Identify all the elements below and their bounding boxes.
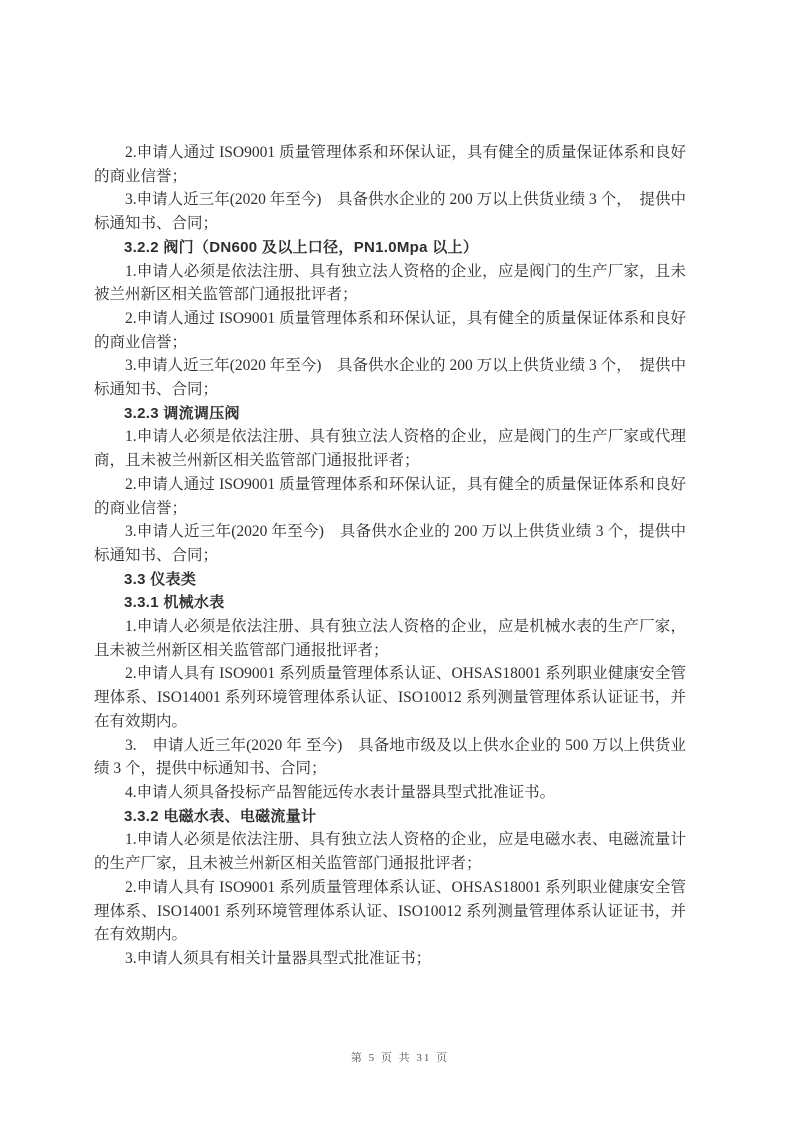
section-heading-3-2-2: 3.2.2 阀门（DN600 及以上口径，PN1.0Mpa 以上）	[94, 236, 686, 260]
section-heading-3-3: 3.3 仪表类	[94, 568, 686, 592]
paragraph-continuation-item-3: 3.申请人近三年(2020 年至今) 具备供水企业的 200 万以上供货业绩 3…	[94, 188, 686, 235]
paragraph-3-2-3-item-3: 3.申请人近三年(2020 年至今) 具备供水企业的 200 万以上供货业绩 3…	[94, 520, 686, 567]
paragraph-3-3-2-item-3: 3.申请人须具有相关计量器具型式批准证书；	[94, 947, 686, 971]
paragraph-3-3-1-item-4: 4.申请人须具备投标产品智能远传水表计量器具型式批准证书。	[94, 781, 686, 805]
paragraph-3-3-1-item-2: 2.申请人具有 ISO9001 系列质量管理体系认证、OHSAS18001 系列…	[94, 662, 686, 733]
paragraph-3-3-1-item-3: 3. 申请人近三年(2020 年 至今) 具备地市级及以上供水企业的 500 万…	[94, 734, 686, 781]
page-number-footer: 第 5 页 共 31 页	[0, 1049, 800, 1065]
paragraph-3-2-3-item-1: 1.申请人必须是依法注册、具有独立法人资格的企业，应是阀门的生产厂家或代理商，且…	[94, 425, 686, 472]
paragraph-3-3-2-item-2: 2.申请人具有 ISO9001 系列质量管理体系认证、OHSAS18001 系列…	[94, 876, 686, 947]
section-heading-3-3-2: 3.3.2 电磁水表、电磁流量计	[94, 805, 686, 829]
document-page: 2.申请人通过 ISO9001 质量管理体系和环保认证，具有健全的质量保证体系和…	[0, 0, 800, 1132]
paragraph-3-3-1-item-1: 1.申请人必须是依法注册、具有独立法人资格的企业，应是机械水表的生产厂家，且未被…	[94, 615, 686, 662]
paragraph-3-2-2-item-1: 1.申请人必须是依法注册、具有独立法人资格的企业，应是阀门的生产厂家，且未被兰州…	[94, 260, 686, 307]
paragraph-continuation-item-2: 2.申请人通过 ISO9001 质量管理体系和环保认证，具有健全的质量保证体系和…	[94, 141, 686, 188]
paragraph-3-3-2-item-1: 1.申请人必须是依法注册、具有独立法人资格的企业，应是电磁水表、电磁流量计的生产…	[94, 828, 686, 875]
section-heading-3-2-3: 3.2.3 调流调压阀	[94, 402, 686, 426]
paragraph-3-2-2-item-3: 3.申请人近三年(2020 年至今) 具备供水企业的 200 万以上供货业绩 3…	[94, 354, 686, 401]
document-body: 2.申请人通过 ISO9001 质量管理体系和环保认证，具有健全的质量保证体系和…	[94, 141, 686, 971]
paragraph-3-2-3-item-2: 2.申请人通过 ISO9001 质量管理体系和环保认证，具有健全的质量保证体系和…	[94, 473, 686, 520]
paragraph-3-2-2-item-2: 2.申请人通过 ISO9001 质量管理体系和环保认证，具有健全的质量保证体系和…	[94, 307, 686, 354]
section-heading-3-3-1: 3.3.1 机械水表	[94, 591, 686, 615]
